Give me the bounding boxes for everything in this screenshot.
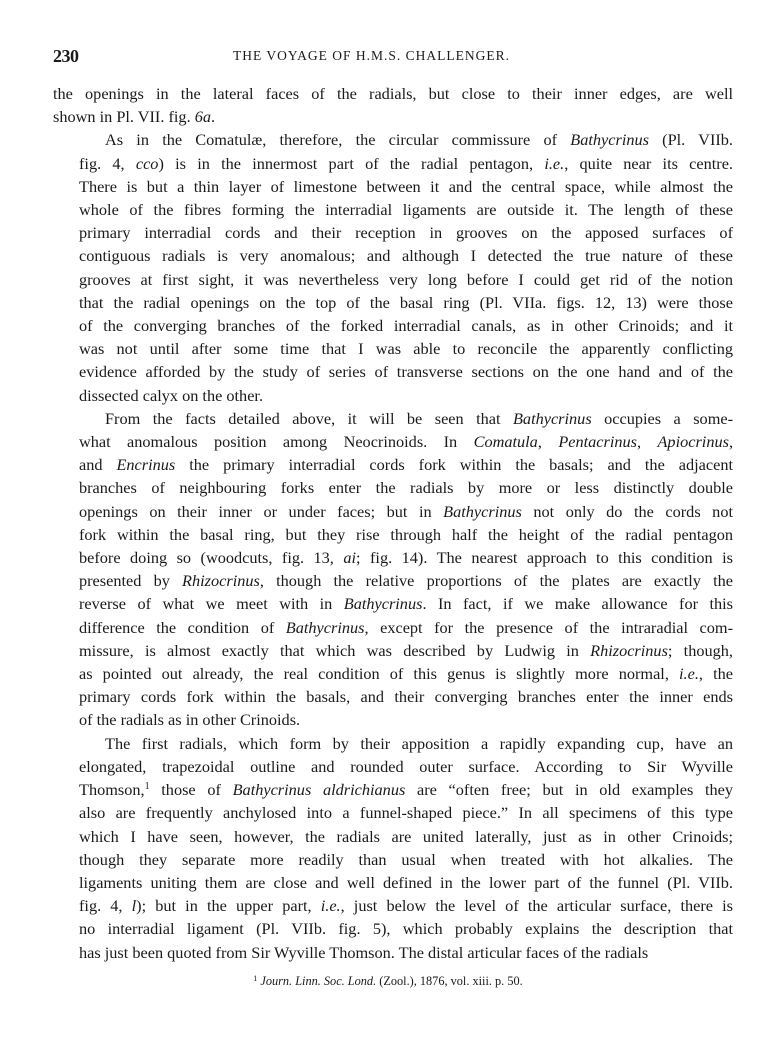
- text-line: what anomalous position among Neocrinoid…: [53, 430, 733, 453]
- text-line: fig. 4, l); but in the upper part, i.e.,…: [53, 894, 733, 917]
- page-number: 230: [53, 46, 79, 67]
- document-page: 230 THE VOYAGE OF H.M.S. CHALLENGER. the…: [0, 0, 776, 1050]
- text-line: was not until after some time that I was…: [53, 337, 733, 360]
- paragraph: The first radials, which form by their a…: [53, 732, 733, 964]
- text-line: The first radials, which form by their a…: [53, 732, 733, 755]
- text-line: elongated, trapezoidal outline and round…: [53, 755, 733, 778]
- text-line: though they separate more readily than u…: [53, 848, 733, 871]
- text-line: presented by Rhizocrinus, though the rel…: [53, 569, 733, 592]
- text-line: grooves at first sight, it was neverthel…: [53, 268, 733, 291]
- text-line: dissected calyx on the other.: [53, 384, 733, 407]
- text-line: and Encrinus the primary interradial cor…: [53, 453, 733, 476]
- text-line: that the radial openings on the top of t…: [53, 291, 733, 314]
- text-line: no interradial ligament (Pl. VIIb. fig. …: [53, 917, 733, 940]
- text-line: From the facts detailed above, it will b…: [53, 407, 733, 430]
- text-line: as pointed out already, the real conditi…: [53, 662, 733, 685]
- text-line: missure, is almost exactly that which wa…: [53, 639, 733, 662]
- text-line: reverse of what we meet with in Bathycri…: [53, 592, 733, 615]
- paragraph: the openings in the lateral faces of the…: [53, 82, 733, 128]
- text-line: shown in Pl. VII. fig. 6a.: [53, 105, 733, 128]
- paragraph: As in the Comatulæ, therefore, the circu…: [53, 128, 733, 406]
- body-text: the openings in the lateral faces of the…: [53, 82, 733, 964]
- text-line: primary cords fork within the basals, an…: [53, 685, 733, 708]
- text-line: branches of neighbouring forks enter the…: [53, 476, 733, 499]
- text-line: of the radials as in other Crinoids.: [53, 708, 733, 731]
- footnote-marker: 1: [253, 974, 257, 983]
- text-line: of the converging branches of the forked…: [53, 314, 733, 337]
- text-line: evidence afforded by the study of series…: [53, 360, 733, 383]
- text-line: primary interradial cords and their rece…: [53, 221, 733, 244]
- footnote-details: (Zool.), 1876, vol. xiii. p. 50.: [376, 974, 523, 988]
- text-line: also are frequently anchylosed into a fu…: [53, 801, 733, 824]
- text-line: has just been quoted from Sir Wyville Th…: [53, 941, 733, 964]
- text-line: fork within the basal ring, but they ris…: [53, 523, 733, 546]
- text-line: Thomson,1 those of Bathycrinus aldrichia…: [53, 778, 733, 801]
- text-line: fig. 4, cco) is in the innermost part of…: [53, 152, 733, 175]
- text-line: ligaments uniting them are close and wel…: [53, 871, 733, 894]
- footnote-journal: Journ. Linn. Soc. Lond.: [260, 974, 376, 988]
- text-line: whole of the fibres forming the interrad…: [53, 198, 733, 221]
- text-line: As in the Comatulæ, therefore, the circu…: [53, 128, 733, 151]
- text-line: openings on their inner or under faces; …: [53, 500, 733, 523]
- text-line: There is but a thin layer of limestone b…: [53, 175, 733, 198]
- text-line: which I have seen, however, the radials …: [53, 825, 733, 848]
- running-title: THE VOYAGE OF H.M.S. CHALLENGER.: [233, 48, 510, 64]
- running-head: 230 THE VOYAGE OF H.M.S. CHALLENGER.: [53, 48, 733, 68]
- footnote: 1 Journ. Linn. Soc. Lond. (Zool.), 1876,…: [0, 974, 776, 989]
- text-line: contiguous radials is very anomalous; an…: [53, 244, 733, 267]
- paragraph: From the facts detailed above, it will b…: [53, 407, 733, 732]
- text-line: before doing so (woodcuts, fig. 13, ai; …: [53, 546, 733, 569]
- text-line: difference the condition of Bathycrinus,…: [53, 616, 733, 639]
- text-line: the openings in the lateral faces of the…: [53, 82, 733, 105]
